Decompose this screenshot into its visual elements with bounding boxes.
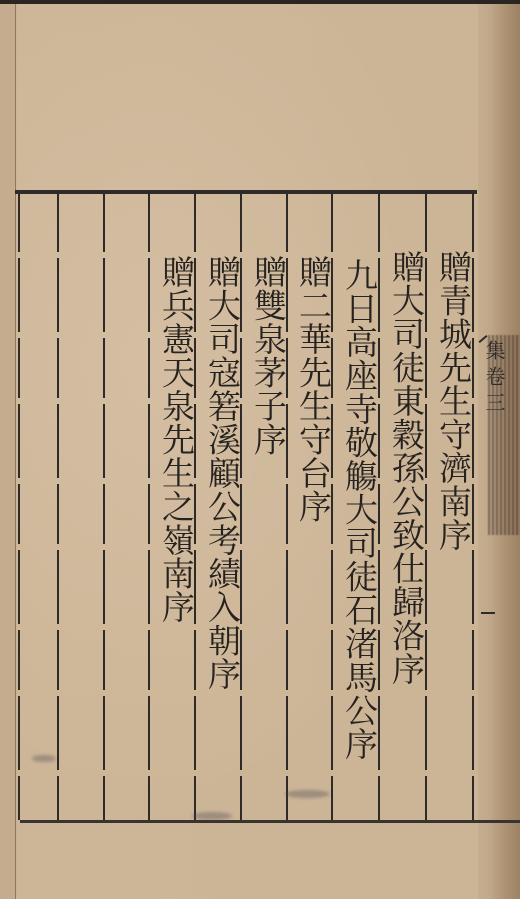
text-column-7: 贈兵憲天泉先生之嶺南序: [153, 255, 193, 624]
text-column-6: 贈大司寇箬溪顧公考績入朝序: [199, 255, 239, 691]
text-column-2: 贈大司徒東穀孫公致仕歸洛序: [383, 250, 423, 686]
frame-bottom-border: [20, 820, 520, 823]
ink-stain: [32, 755, 56, 762]
text-column-5: 贈雙泉茅子序: [245, 255, 285, 456]
ink-stain: [285, 790, 330, 798]
fold-title: 集卷三: [484, 340, 504, 418]
column-rule: [18, 192, 20, 820]
text-column-1: 贈青城先生守濟南序: [430, 250, 470, 552]
column-rule: [57, 192, 59, 820]
column-rule: [148, 192, 150, 820]
fold-fishtail-mark: [481, 612, 495, 614]
frame-top-border: [15, 190, 477, 194]
text-column-4: 贈二華先生守台序: [290, 255, 330, 523]
ink-stain: [192, 812, 232, 820]
previous-page-edge: [0, 4, 16, 899]
column-rule: [103, 192, 105, 820]
text-column-3: 九日高座寺敬觴大司徒石渚馬公序: [336, 258, 376, 761]
